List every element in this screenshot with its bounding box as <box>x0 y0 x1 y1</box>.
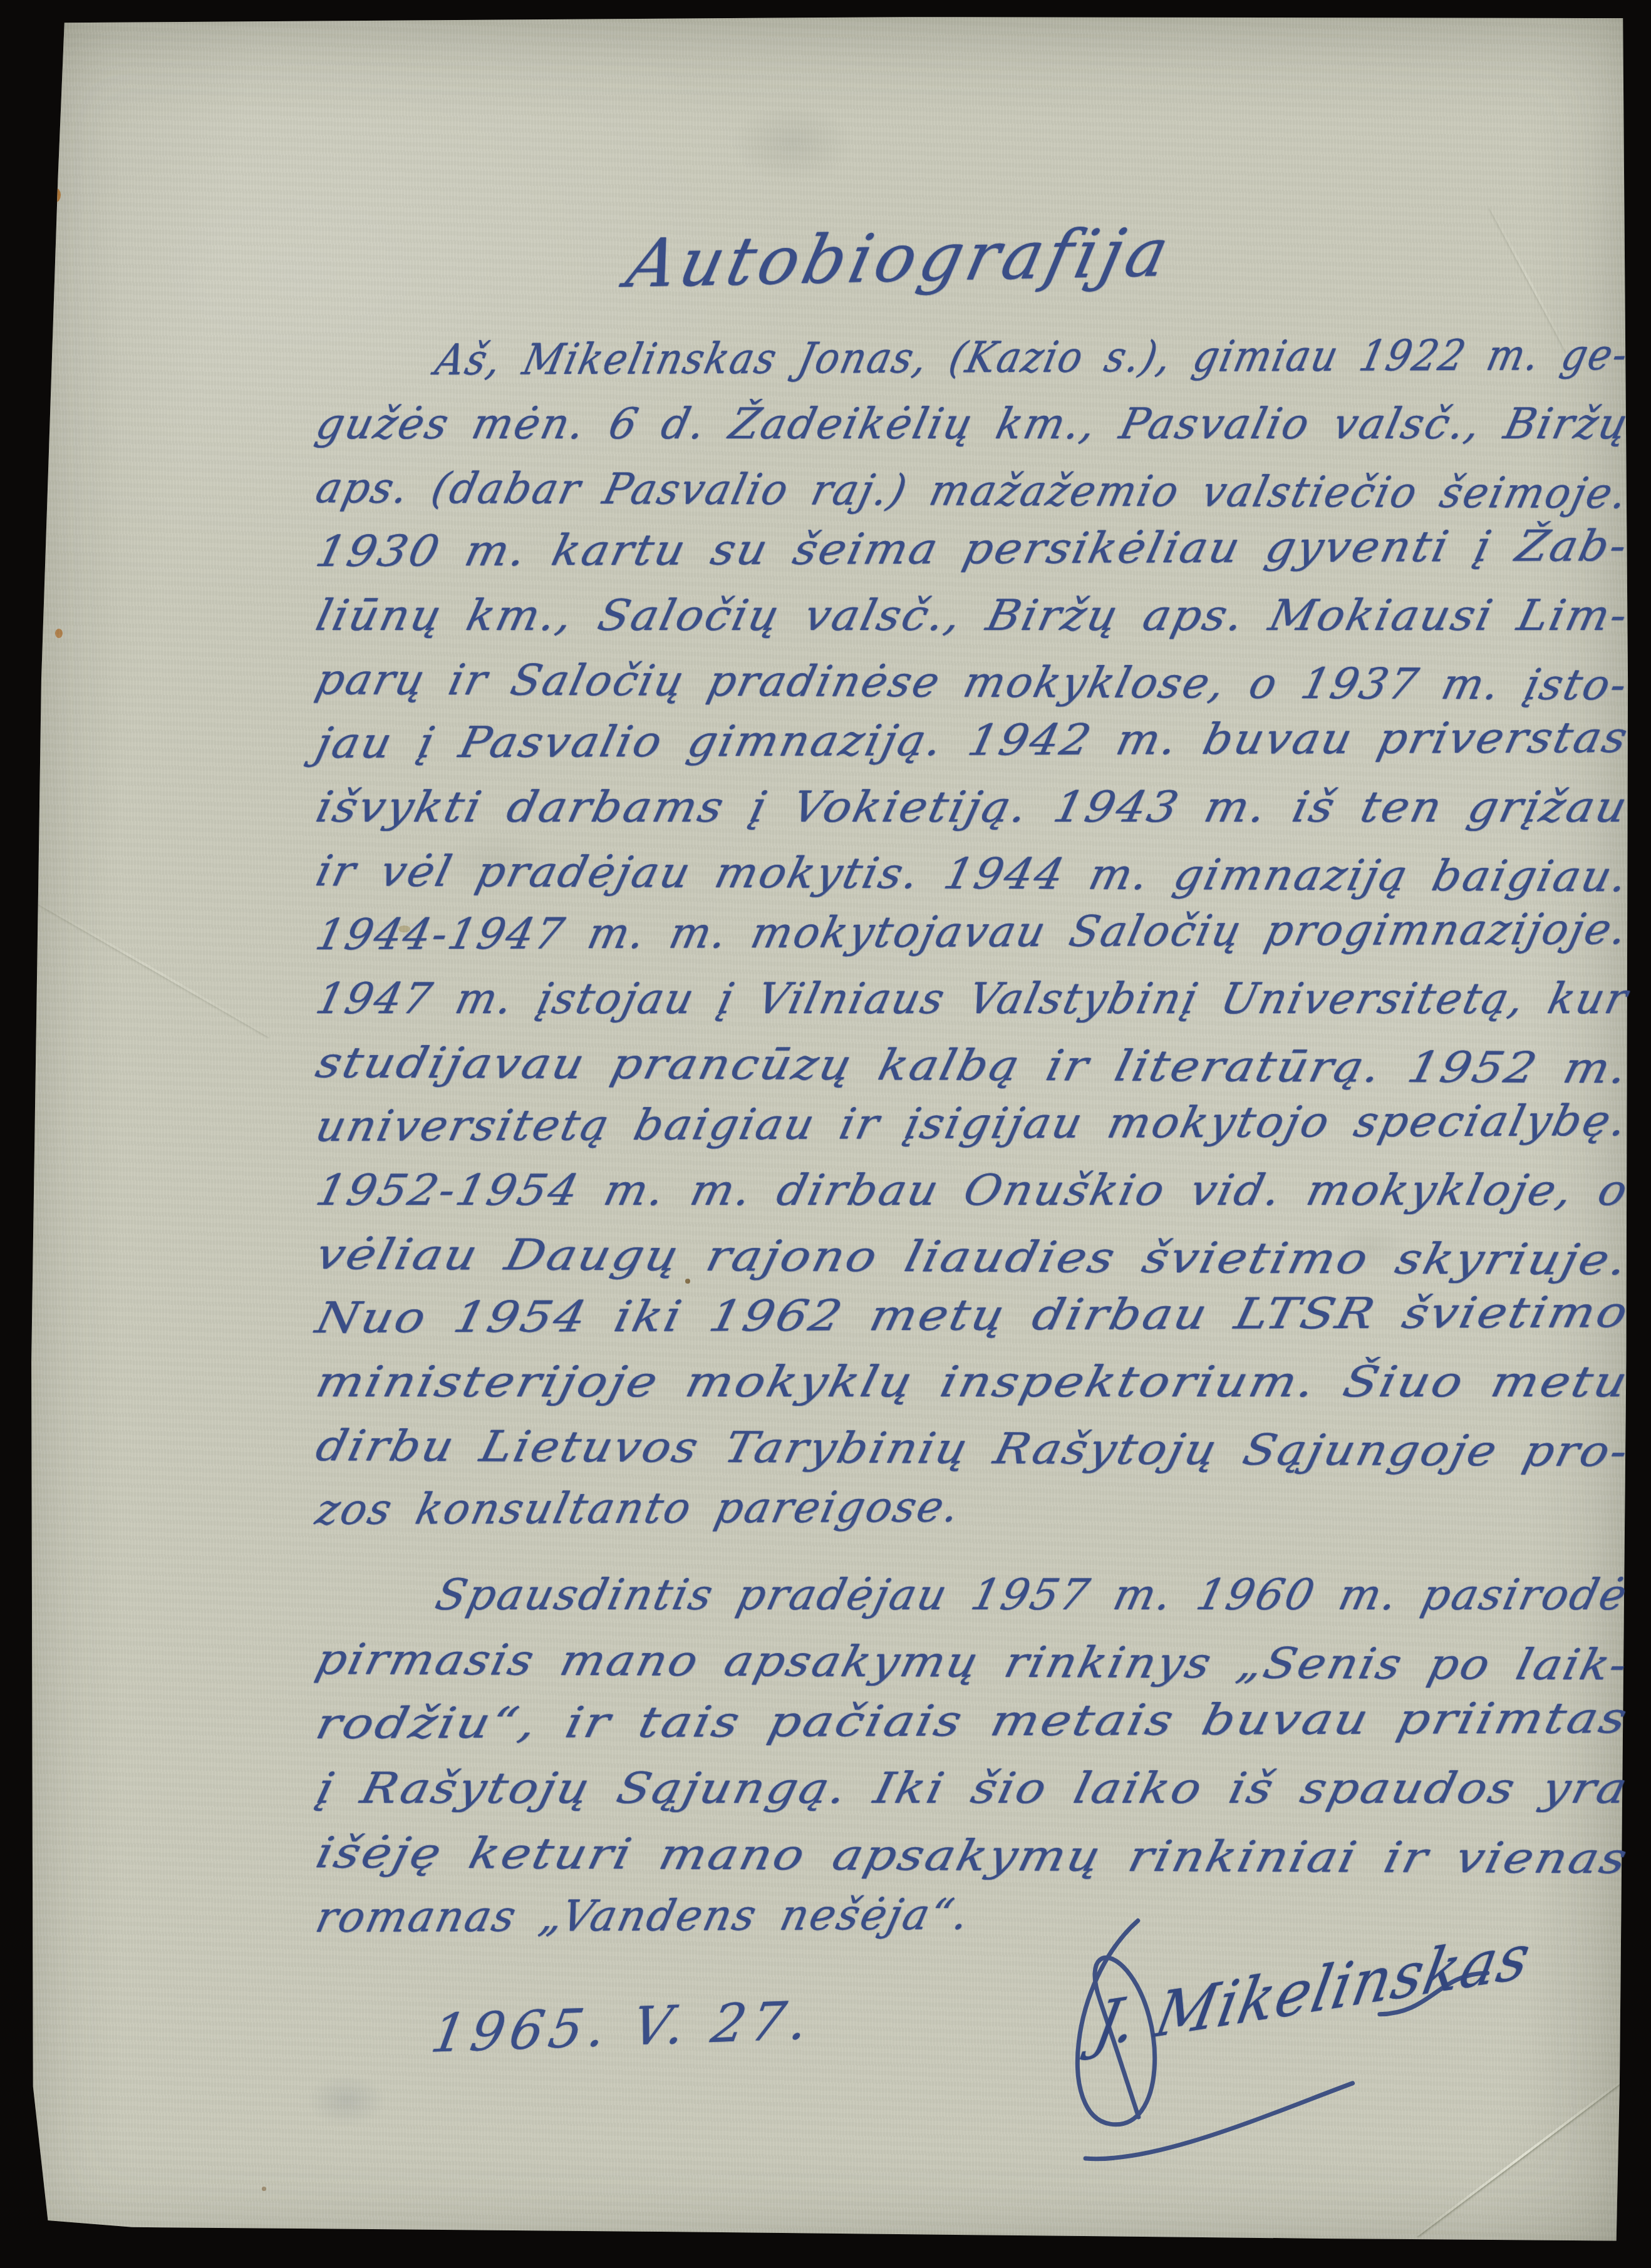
handwritten-line: 1930 m. kartu su šeima persikėliau gyven… <box>311 522 1633 577</box>
handwritten-line: ministerijoje mokyklų inspektorium. Šiuo… <box>311 1358 1634 1407</box>
handwritten-line: Spausdintis pradėjau 1957 m. 1960 m. pas… <box>431 1570 1633 1620</box>
handwritten-line: pirmasis mano apsakymų rinkinys „Senis p… <box>311 1635 1633 1690</box>
handwritten-line: rodžiu“, ir tais pačiais metais buvau pr… <box>311 1694 1633 1749</box>
handwritten-line: ir vėl pradėjau mokytis. 1944 m. gimnazi… <box>311 847 1634 902</box>
handwritten-line: į Rašytojų Sąjungą. Iki šio laiko iš spa… <box>311 1764 1634 1813</box>
signature-block: J. Mikelinskas <box>971 1840 1521 2187</box>
handwritten-line: zos konsultanto pareigose. <box>311 1482 966 1535</box>
handwritten-line: universitetą baigiau ir įsigijau mokytoj… <box>311 1096 1633 1152</box>
handwritten-line: jau į Pasvalio gimnaziją. 1942 m. buvau … <box>311 713 1633 768</box>
handwritten-line: Aš, Mikelinskas Jonas, (Kazio s.), gimia… <box>431 331 1633 385</box>
handwritten-line: liūnų km., Saločių valsč., Biržų aps. Mo… <box>311 591 1633 641</box>
handwritten-line: aps. (dabar Pasvalio raj.) mažažemio val… <box>311 463 1633 518</box>
handwritten-line: išvykti darbams į Vokietiją. 1943 m. iš … <box>311 783 1633 832</box>
handwritten-line: parų ir Saločių pradinėse mokyklose, o 1… <box>311 655 1633 710</box>
document-date: 1965. V. 27. <box>427 1989 818 2064</box>
handwritten-line: Nuo 1954 iki 1962 metų dirbau LTSR šviet… <box>311 1288 1634 1343</box>
handwritten-line: studijavau prancūzų kalbą ir literatūrą.… <box>311 1038 1634 1093</box>
handwritten-line: 1944-1947 m. m. mokytojavau Saločių prog… <box>311 905 1633 960</box>
document-title: Autobiografija <box>620 214 1180 302</box>
handwritten-line: 1952-1954 m. m. dirbau Onuškio vid. moky… <box>311 1166 1634 1215</box>
handwritten-line: 1947 m. įstojau į Vilniaus Valstybinį Un… <box>311 974 1633 1024</box>
handwritten-line: dirbu Lietuvos Tarybinių Rašytojų Sąjung… <box>311 1421 1635 1477</box>
handwritten-line: gužės mėn. 6 d. Žadeikėlių km., Pasvalio… <box>311 399 1634 449</box>
handwritten-line: vėliau Daugų rajono liaudies švietimo sk… <box>311 1230 1634 1285</box>
handwritten-line: romanas „Vandens nešėja“. <box>311 1890 975 1942</box>
handwritten-text-layer: Autobiografija Aš, Mikelinskas Jonas, (K… <box>0 0 1651 2268</box>
